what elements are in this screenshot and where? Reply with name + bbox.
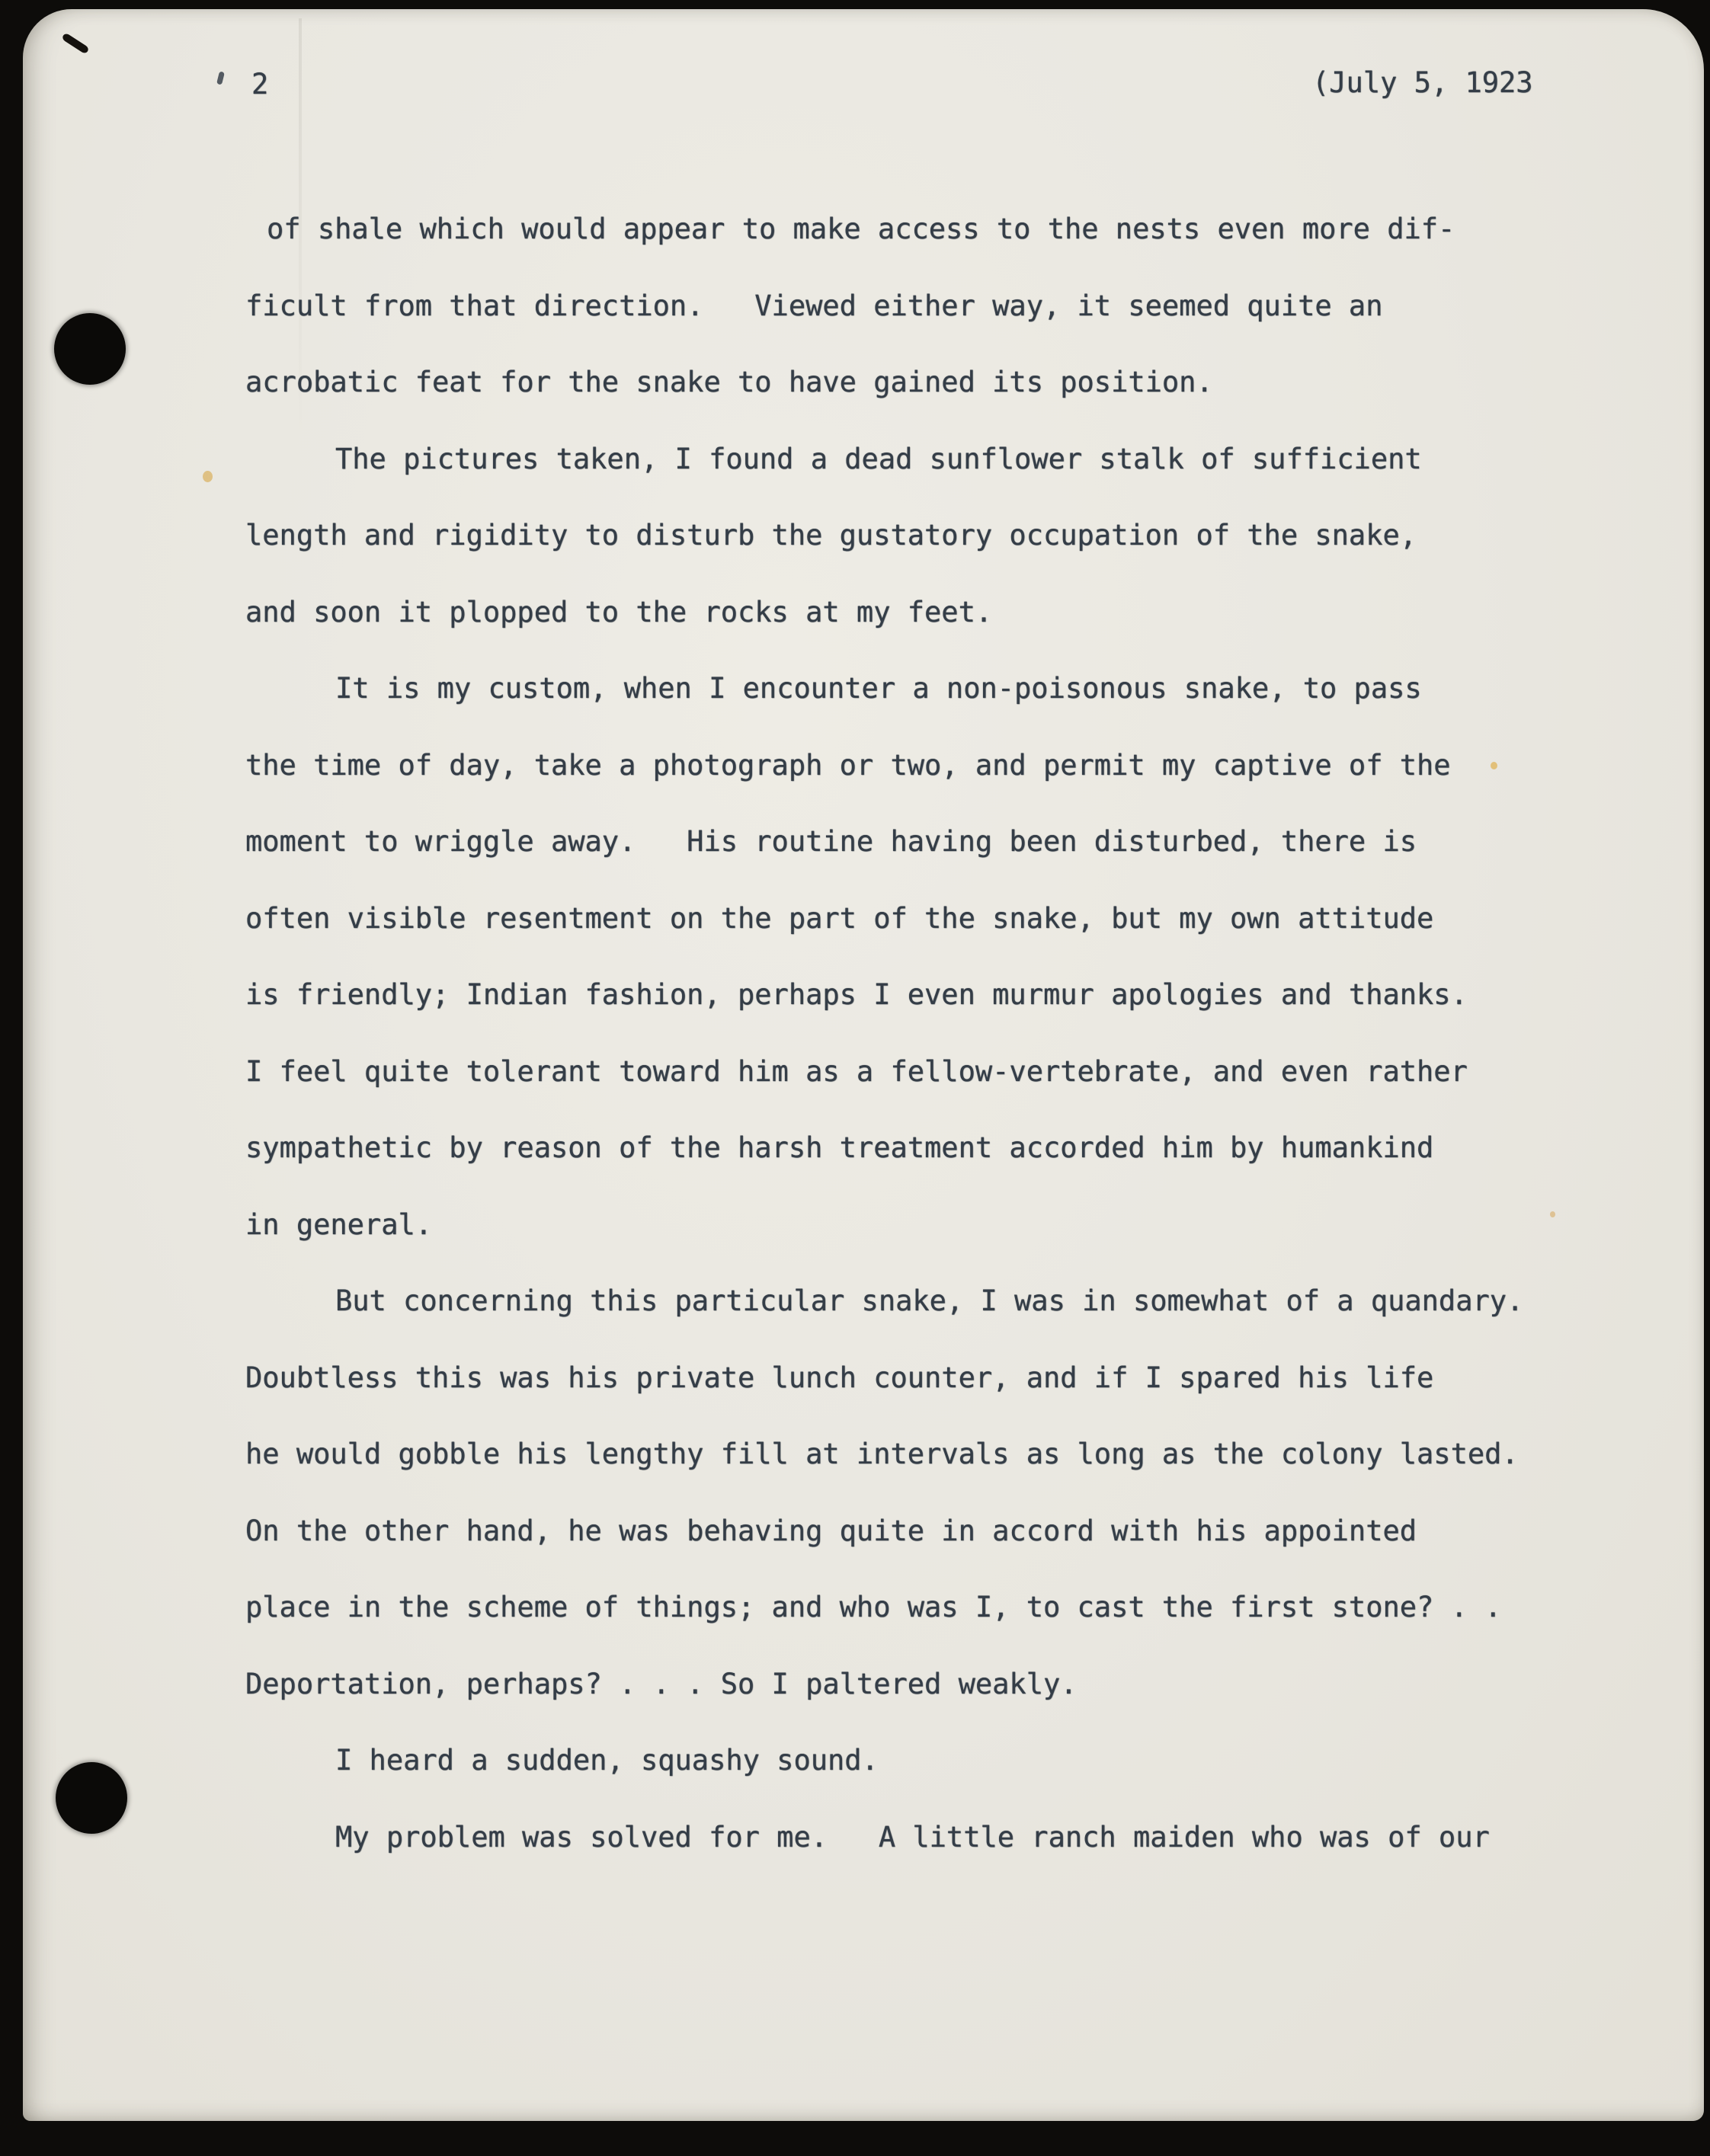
text-line: is friendly; Indian fashion, perhaps I e… (245, 957, 1640, 1034)
text-line: and soon it plopped to the rocks at my f… (245, 574, 1640, 651)
date-header: (July 5, 1923 (1312, 69, 1533, 97)
text-line: On the other hand, he was behaving quite… (245, 1493, 1640, 1570)
text-line: acrobatic feat for the snake to have gai… (245, 344, 1640, 421)
text-line: I heard a sudden, squashy sound. (245, 1723, 1640, 1799)
text-line: I feel quite tolerant toward him as a fe… (245, 1034, 1640, 1111)
text-line: Doubtless this was his private lunch cou… (245, 1340, 1640, 1417)
hole-punch-bottom (56, 1762, 127, 1834)
scanned-page: 2 (July 5, 1923 of shale which would app… (0, 0, 1710, 2156)
text-line: ficult from that direction. Viewed eithe… (245, 268, 1640, 345)
text-line: Deportation, perhaps? . . . So I paltere… (245, 1646, 1640, 1723)
text-line: in general. (245, 1187, 1640, 1264)
hole-punch-top (54, 313, 126, 385)
text-line: often visible resentment on the part of … (245, 881, 1640, 958)
text-line: My problem was solved for me. A little r… (245, 1799, 1640, 1876)
text-line: of shale which would appear to make acce… (245, 191, 1640, 268)
text-line: length and rigidity to disturb the gusta… (245, 497, 1640, 574)
text-line: place in the scheme of things; and who w… (245, 1569, 1640, 1646)
text-line: he would gobble his lengthy fill at inte… (245, 1416, 1640, 1493)
page-number: 2 (251, 70, 268, 98)
text-line: the time of day, take a photograph or tw… (245, 728, 1640, 805)
age-speck (203, 471, 213, 482)
body-text: of shale which would appear to make acce… (245, 191, 1640, 1876)
text-line: It is my custom, when I encounter a non-… (245, 651, 1640, 728)
text-line: The pictures taken, I found a dead sunfl… (245, 421, 1640, 498)
text-line: But concerning this particular snake, I … (245, 1263, 1640, 1340)
text-line: moment to wriggle away. His routine havi… (245, 804, 1640, 881)
text-line: sympathetic by reason of the harsh treat… (245, 1110, 1640, 1187)
